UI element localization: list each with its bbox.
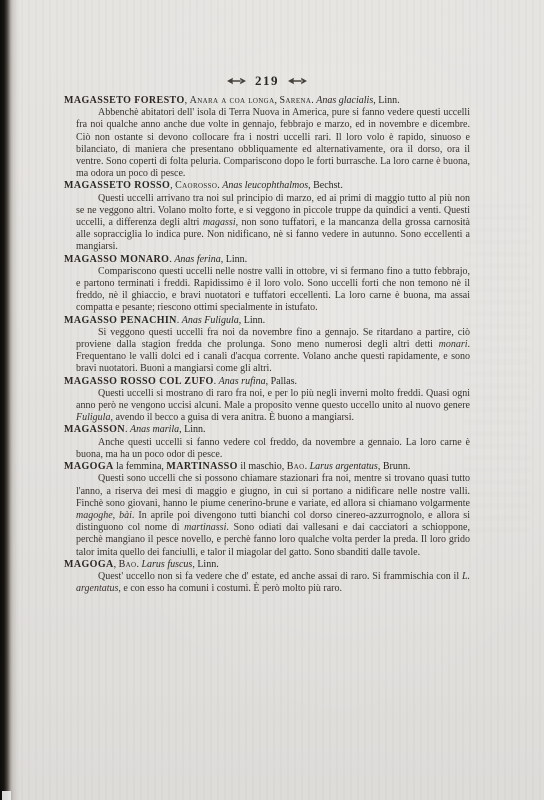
- scanned-page: 219 MAGASSETO FORESTO, Anara a coa longa…: [0, 0, 544, 800]
- entry-body: Si veggono questi uccelli fra noi da nov…: [76, 327, 470, 376]
- entry-body: Abbenchè abitatori dell' isola di Terra …: [76, 107, 470, 180]
- entry: MAGASSO MONARO. Anas ferina, Linn.Compar…: [64, 254, 470, 315]
- entry: MAGASSETO ROSSO, Caorosso. Anas leucopht…: [64, 180, 470, 253]
- entry-header: MAGASSO ROSSO COL ZUFO. Anas rufina, Pal…: [64, 376, 470, 388]
- entry: MAGOGA, Bao. Larus fuscus, Linn.Quest' u…: [64, 559, 470, 596]
- entry-header: MAGASSETO FORESTO, Anara a coa longa, Sa…: [64, 95, 470, 107]
- entry-body: Compariscono questi uccelli nelle nostre…: [76, 266, 470, 315]
- entry: MAGASSETO FORESTO, Anara a coa longa, Sa…: [64, 95, 470, 180]
- corner-notch: [2, 791, 11, 800]
- entry: MAGASSO PENACHIN. Anas Fuligula, Linn.Si…: [64, 315, 470, 376]
- entry-header: MAGASSETO ROSSO, Caorosso. Anas leucopht…: [64, 180, 470, 192]
- entry: MAGOGA la femmina, MARTINASSO il maschio…: [64, 461, 470, 559]
- entry-header: MAGASSO PENACHIN. Anas Fuligula, Linn.: [64, 315, 470, 327]
- entry-body: Questi uccelli si mostrano di raro fra n…: [76, 388, 470, 425]
- entry-body: Questi sono uccelli che si possono chiam…: [76, 473, 470, 558]
- binding-edge: [0, 0, 20, 800]
- entry: MAGASSO ROSSO COL ZUFO. Anas rufina, Pal…: [64, 376, 470, 425]
- entry-header: MAGOGA, Bao. Larus fuscus, Linn.: [64, 559, 470, 571]
- entry-header: MAGASSON. Anas marila, Linn.: [64, 424, 470, 436]
- entry: MAGASSON. Anas marila, Linn.Anche questi…: [64, 424, 470, 461]
- ornament-right-icon: [288, 77, 307, 85]
- page-number: 219: [255, 73, 279, 89]
- entry-header: MAGOGA la femmina, MARTINASSO il maschio…: [64, 461, 470, 473]
- entry-body: Anche questi uccelli si fanno vedere col…: [76, 437, 470, 461]
- entry-header: MAGASSO MONARO. Anas ferina, Linn.: [64, 254, 470, 266]
- entry-body: Questi uccelli arrivano tra noi sul prin…: [76, 193, 470, 254]
- entry-body: Quest' uccello non si fa vedere che d' e…: [76, 571, 470, 595]
- entries-list: MAGASSETO FORESTO, Anara a coa longa, Sa…: [64, 95, 470, 595]
- page-header: 219: [64, 72, 470, 89]
- ornament-left-icon: [227, 77, 246, 85]
- show-through-text: [464, 205, 530, 535]
- text-block: 219 MAGASSETO FORESTO, Anara a coa longa…: [64, 72, 470, 595]
